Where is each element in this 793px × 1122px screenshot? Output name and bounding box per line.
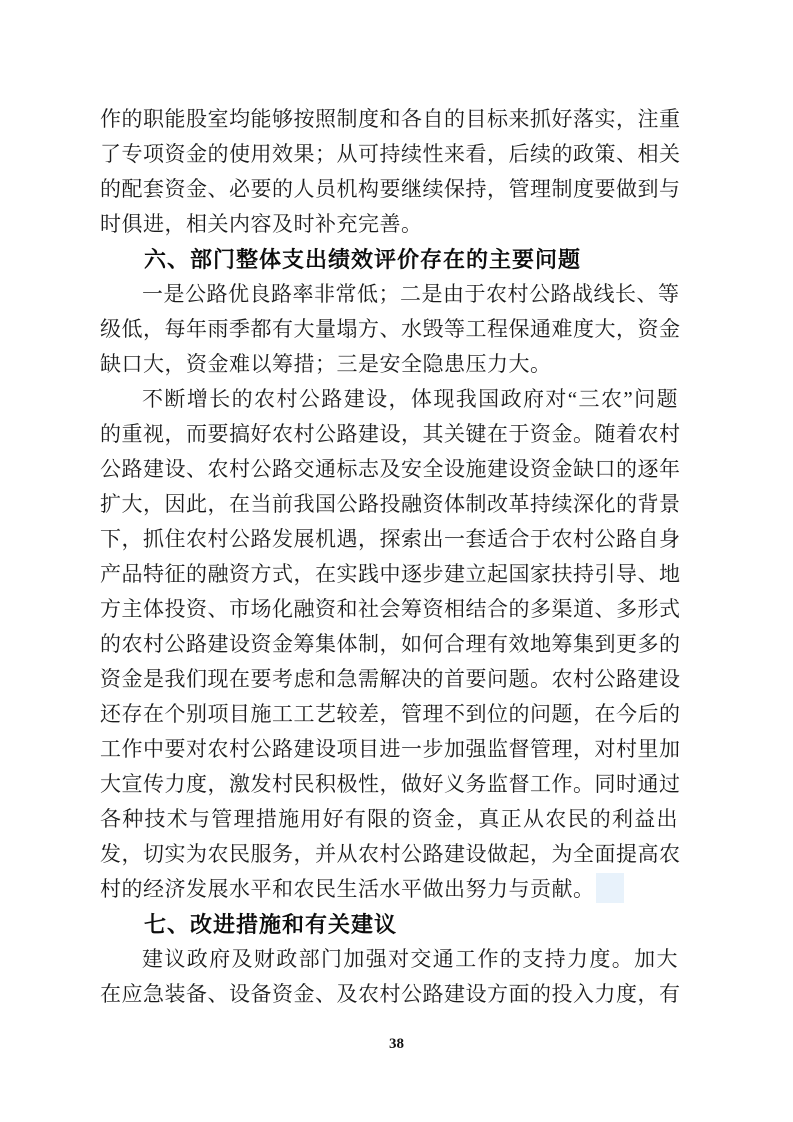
para-main-problems-line: 级低，每年雨季都有大量塌方、水毁等工程保通难度大，资金 xyxy=(100,312,678,347)
heading-section-seven: 七、改进措施和有关建议 xyxy=(100,907,678,942)
para-main-problems-line: 一是公路优良路率非常低；二是由于农村公路战线长、等 xyxy=(100,277,678,312)
para-funding-analysis-line: 村的经济发展水平和农民生活水平做出努力与贡献。 xyxy=(100,872,678,907)
para-funding-analysis-line: 各种技术与管理措施用好有限的资金，真正从农民的利益出 xyxy=(100,802,678,837)
para-suggestions-line: 建议政府及财政部门加强对交通工作的支持力度。加大 xyxy=(100,942,678,977)
para-carryover-line: 作的职能股室均能够按照制度和各自的目标来抓好落实，注重 xyxy=(100,102,678,137)
para-funding-analysis-line: 的重视，而要搞好农村公路建设，其关键在于资金。随着农村 xyxy=(100,417,678,452)
scan-highlight-artifact xyxy=(596,873,624,903)
para-funding-analysis-line: 产品特征的融资方式，在实践中逐步建立起国家扶持引导、地 xyxy=(100,557,678,592)
para-funding-analysis-line: 资金是我们现在要考虑和急需解决的首要问题。农村公路建设 xyxy=(100,662,678,697)
para-main-problems-line: 缺口大，资金难以筹措；三是安全隐患压力大。 xyxy=(100,347,678,382)
heading-section-six: 六、部门整体支出绩效评价存在的主要问题 xyxy=(100,242,678,277)
para-suggestions-line: 在应急装备、设备资金、及农村公路建设方面的投入力度，有 xyxy=(100,977,678,1012)
para-carryover-line: 的配套资金、必要的人员机构要继续保持，管理制度要做到与 xyxy=(100,172,678,207)
para-funding-analysis-line: 还存在个别项目施工工艺较差，管理不到位的问题，在今后的 xyxy=(100,697,678,732)
document-page: 作的职能股室均能够按照制度和各自的目标来抓好落实，注重了专项资金的使用效果；从可… xyxy=(0,0,793,1122)
document-body: 作的职能股室均能够按照制度和各自的目标来抓好落实，注重了专项资金的使用效果；从可… xyxy=(100,102,678,1012)
para-funding-analysis-line: 的农村公路建设资金筹集体制，如何合理有效地筹集到更多的 xyxy=(100,627,678,662)
para-carryover-line: 了专项资金的使用效果；从可持续性来看，后续的政策、相关 xyxy=(100,137,678,172)
para-funding-analysis-line: 发，切实为农民服务，并从农村公路建设做起，为全面提高农 xyxy=(100,837,678,872)
para-funding-analysis-line: 工作中要对农村公路建设项目进一步加强监督管理，对村里加 xyxy=(100,732,678,767)
para-funding-analysis-line: 扩大，因此，在当前我国公路投融资体制改革持续深化的背景 xyxy=(100,487,678,522)
para-carryover-line: 时俱进，相关内容及时补充完善。 xyxy=(100,207,678,242)
para-funding-analysis-line: 大宣传力度，激发村民积极性，做好义务监督工作。同时通过 xyxy=(100,767,678,802)
para-funding-analysis-line: 公路建设、农村公路交通标志及安全设施建设资金缺口的逐年 xyxy=(100,452,678,487)
page-number: 38 xyxy=(0,1036,793,1053)
para-funding-analysis-line: 不断增长的农村公路建设，体现我国政府对“三农”问题 xyxy=(100,382,678,417)
para-funding-analysis-line: 下，抓住农村公路发展机遇，探索出一套适合于农村公路自身 xyxy=(100,522,678,557)
para-funding-analysis-line: 方主体投资、市场化融资和社会筹资相结合的多渠道、多形式 xyxy=(100,592,678,627)
